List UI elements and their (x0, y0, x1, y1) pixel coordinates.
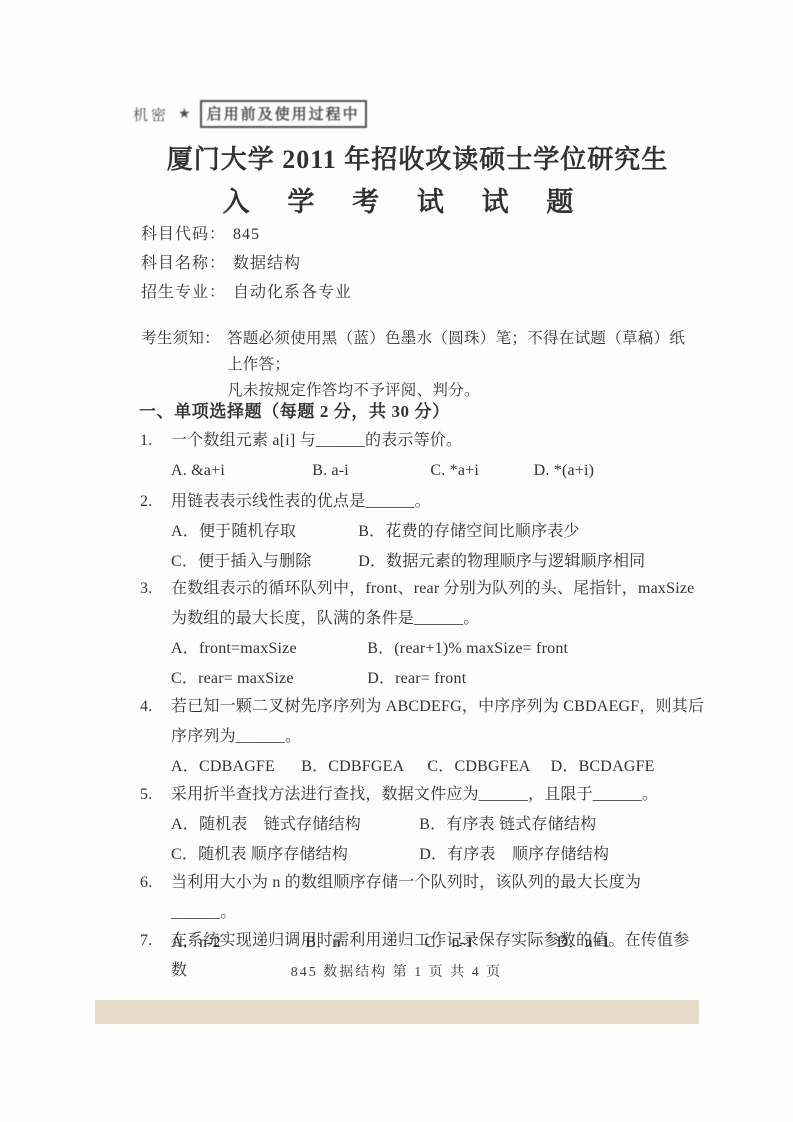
question-4: 4. 若已知一颗二叉树先序序列为 ABCDEFG，中序序列为 CBDAEGF，则… (140, 692, 705, 782)
question-number: 5. (140, 780, 171, 810)
question-number: 4. (140, 692, 171, 722)
scan-artifact-strip (95, 1000, 699, 1024)
option-c: C．rear= maxSize (171, 664, 363, 694)
question-number: 2. (140, 487, 171, 517)
question-text: 用链表表示线性表的优点是______。 (171, 487, 705, 517)
option-d: D．数据元素的物理顺序与逻辑顺序相同 (358, 547, 645, 577)
option-a: A. &a+i (171, 456, 308, 486)
question-text-continued: 序序列为______。 (140, 722, 705, 752)
notice-label: 考生须知： (141, 326, 227, 404)
option-c: C．CDBGFEA (427, 752, 546, 782)
question-options: A．随机表 链式存储结构 B．有序表 链式存储结构 (140, 810, 705, 840)
option-b: B．CDBFGEA (301, 752, 423, 782)
question-options: A．CDBAGFE B．CDBFGEA C．CDBGFEA D．BCDAGFE (140, 752, 705, 782)
option-c: C. *a+i (430, 456, 529, 486)
subject-name-row: 科目名称：数据结构 (141, 250, 301, 273)
notice-body: 答题必须使用黑（蓝）色墨水（圆珠）笔；不得在试题（草稿）纸上作答； 凡未按规定作… (227, 326, 686, 404)
question-3: 3. 在数组表示的循环队列中，front、rear 分别为队列的头、尾指针，ma… (140, 574, 705, 694)
option-b: B．花费的存储空间比顺序表少 (358, 517, 579, 547)
question-options: C．随机表 顺序存储结构 D．有序表 顺序存储结构 (140, 840, 705, 870)
classification-label: 机密 (133, 104, 169, 125)
question-text: 一个数组元素 a[i] 与______的表示等价。 (171, 426, 705, 456)
option-a: A．便于随机存取 (171, 517, 354, 547)
classification-stamp: 机密 ★ 启用前及使用过程中 (133, 100, 367, 128)
major-value: 自动化系各专业 (233, 284, 352, 301)
exam-paper-page: 机密 ★ 启用前及使用过程中 厦门大学 2011 年招收攻读硕士学位研究生 入 … (0, 0, 793, 1122)
question-options: A．便于随机存取 B．花费的存储空间比顺序表少 (140, 517, 705, 547)
question-number: 3. (140, 574, 171, 604)
major-row: 招生专业：自动化系各专业 (141, 279, 352, 302)
option-d: D．rear= front (367, 664, 466, 694)
exam-title-line2: 入 学 考 试 试 题 (0, 180, 793, 219)
question-options: A. &a+i B. a-i C. *a+i D. *(a+i) (140, 456, 705, 486)
question-text: 采用折半查找方法进行查找，数据文件应为______，且限于______。 (171, 780, 705, 810)
option-d: D．BCDAGFE (551, 752, 655, 782)
question-number: 1. (140, 426, 171, 456)
star-icon: ★ (178, 106, 191, 123)
option-a: A．CDBAGFE (171, 752, 297, 782)
page-footer: 845 数据结构 第 1 页 共 4 页 (0, 961, 793, 981)
subject-code-label: 科目代码： (141, 226, 226, 243)
question-options: C．便于插入与删除 D．数据元素的物理顺序与逻辑顺序相同 (140, 547, 705, 577)
option-d: D．有序表 顺序存储结构 (419, 840, 609, 870)
subject-code-value: 845 (233, 226, 260, 243)
question-text-continued: 为数组的最大长度，队满的条件是______。 (140, 604, 705, 634)
candidate-notice: 考生须知： 答题必须使用黑（蓝）色墨水（圆珠）笔；不得在试题（草稿）纸上作答； … (141, 326, 686, 404)
subject-name-value: 数据结构 (233, 255, 301, 272)
question-text: 当利用大小为 n 的数组顺序存储一个队列时，该队列的最大长度为______。 (171, 868, 705, 928)
option-d: D. *(a+i) (534, 456, 595, 486)
subject-code-row: 科目代码：845 (141, 221, 260, 244)
option-c: C．随机表 顺序存储结构 (171, 840, 415, 870)
option-b: B. a-i (312, 456, 426, 486)
question-text: 在数组表示的循环队列中，front、rear 分别为队列的头、尾指针，maxSi… (171, 574, 705, 604)
question-number: 6. (140, 868, 171, 928)
question-options: A．front=maxSize B．(rear+1)% maxSize= fro… (140, 634, 705, 664)
classification-note: 启用前及使用过程中 (200, 100, 367, 128)
subject-name-label: 科目名称： (141, 255, 226, 272)
section-heading: 一、单项选择题（每题 2 分，共 30 分） (139, 397, 450, 422)
question-5: 5. 采用折半查找方法进行查找，数据文件应为______，且限于______。 … (140, 780, 705, 870)
option-a: A．随机表 链式存储结构 (171, 810, 415, 840)
option-b: B．有序表 链式存储结构 (419, 810, 596, 840)
option-c: C．便于插入与删除 (171, 547, 354, 577)
major-label: 招生专业： (141, 284, 226, 301)
question-options: C．rear= maxSize D．rear= front (140, 664, 705, 694)
notice-line1: 答题必须使用黑（蓝）色墨水（圆珠）笔；不得在试题（草稿）纸上作答； (227, 330, 685, 373)
question-2: 2. 用链表表示线性表的优点是______。 A．便于随机存取 B．花费的存储空… (140, 487, 705, 577)
question-1: 1. 一个数组元素 a[i] 与______的表示等价。 A. &a+i B. … (140, 426, 705, 486)
option-b: B．(rear+1)% maxSize= front (367, 634, 568, 664)
question-text: 若已知一颗二叉树先序序列为 ABCDEFG，中序序列为 CBDAEGF，则其后 (171, 692, 705, 722)
exam-title-line1: 厦门大学 2011 年招收攻读硕士学位研究生 (0, 139, 793, 176)
option-a: A．front=maxSize (171, 634, 363, 664)
